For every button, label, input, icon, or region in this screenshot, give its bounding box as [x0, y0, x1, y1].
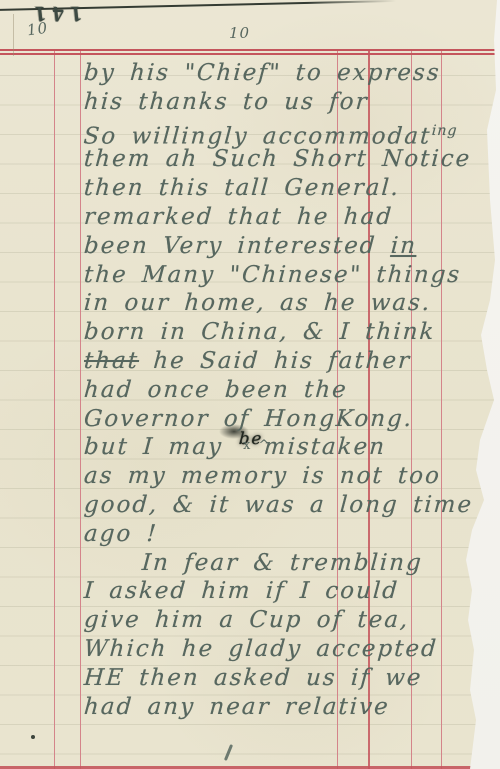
handwriting-line: HE then asked us if we	[83, 664, 500, 693]
handwriting-segment: in	[390, 233, 418, 259]
handwriting-line: remarked that he had	[83, 203, 500, 232]
handwriting-line: good, & it was a long time	[83, 491, 500, 520]
handwriting-line: born in China, & I think	[83, 318, 500, 347]
page-number-left: 10	[26, 19, 49, 40]
red-header-rule-bottom	[0, 53, 500, 55]
handwriting-line: in our home, as he was.	[83, 289, 500, 318]
handwriting-segment: had once been the	[83, 377, 349, 403]
handwriting-segment: mistaken	[263, 434, 387, 460]
handwriting-segment: I asked him if I could	[83, 578, 400, 604]
handwriting-line: had once been the	[83, 376, 500, 405]
paper-crease	[13, 14, 14, 56]
handwriting-segment: his thanks to us for	[83, 89, 369, 115]
handwriting-segment: he Said his father	[138, 348, 412, 374]
handwriting-line: had any near relative	[83, 693, 500, 722]
handwriting-segment: remarked that he had	[83, 204, 394, 230]
handwriting-line: that he Said his father	[83, 347, 500, 376]
handwriting-line: I asked him if I could	[83, 577, 500, 606]
handwriting-segment: that	[83, 348, 140, 374]
handwriting-line: give him a Cup of tea,	[83, 606, 500, 635]
handwriting-segment: had any near relative	[83, 694, 391, 720]
handwriting-segment: in our home, as he was.	[83, 290, 432, 316]
handwriting-line: ago !	[83, 520, 500, 549]
insertion-caret-mark: x ^	[243, 438, 271, 453]
ink-dot	[31, 735, 35, 739]
ledger-page-scan: 141 10 10 by his "Chief" to expresshis t…	[0, 0, 500, 769]
handwriting-segment: In fear & trembling	[141, 550, 424, 576]
handwriting-segment: them ah Such Short Notice	[83, 146, 472, 172]
red-margin-line-2	[80, 50, 81, 769]
handwriting-line: but I may bemistaken	[83, 433, 500, 462]
red-margin-line-1	[54, 50, 55, 769]
handwriting-segment: the Many "Chinese" things	[83, 262, 462, 288]
handwriting-line: the Many "Chinese" things	[83, 261, 500, 290]
handwriting-segment: Governor of HongKong.	[83, 406, 414, 432]
handwriting-line: Which he glady accepted	[83, 635, 500, 664]
handwriting-line: his thanks to us for	[83, 88, 500, 117]
handwriting-segment: Which he glady accepted	[83, 636, 439, 662]
handwriting-segment: then this tall General.	[83, 175, 401, 201]
handwriting-line: by his "Chief" to express	[83, 59, 500, 88]
handwriting-segment: as my memory is not too	[83, 463, 442, 489]
handwriting-line: In fear & trembling	[83, 549, 500, 578]
handwriting-segment: been Very interested	[83, 233, 392, 259]
handwriting-segment: HE then asked us if we	[83, 665, 423, 691]
handwriting-line: as my memory is not too	[83, 462, 500, 491]
handwriting-segment: good, & it was a long time	[83, 492, 474, 518]
handwriting-line: them ah Such Short Notice	[83, 145, 500, 174]
handwriting-line: been Very interested in	[83, 232, 500, 261]
handwriting-line: So willingly accommodating	[83, 117, 500, 146]
handwriting-segment: give him a Cup of tea,	[83, 607, 410, 633]
handwriting-line: then this tall General.	[83, 174, 500, 203]
handwriting-line: Governor of HongKong.	[83, 405, 500, 434]
page-number-center: 10	[229, 24, 250, 42]
handwriting-segment: ago !	[83, 521, 159, 547]
handwriting-segment: but I may	[83, 434, 238, 460]
red-header-rule-top	[0, 49, 500, 51]
handwriting-segment: born in China, & I think	[83, 319, 436, 345]
handwriting-segment: ing	[431, 123, 458, 139]
handwriting-segment: by his "Chief" to express	[83, 60, 441, 86]
handwriting-block: by his "Chief" to expresshis thanks to u…	[84, 59, 500, 721]
